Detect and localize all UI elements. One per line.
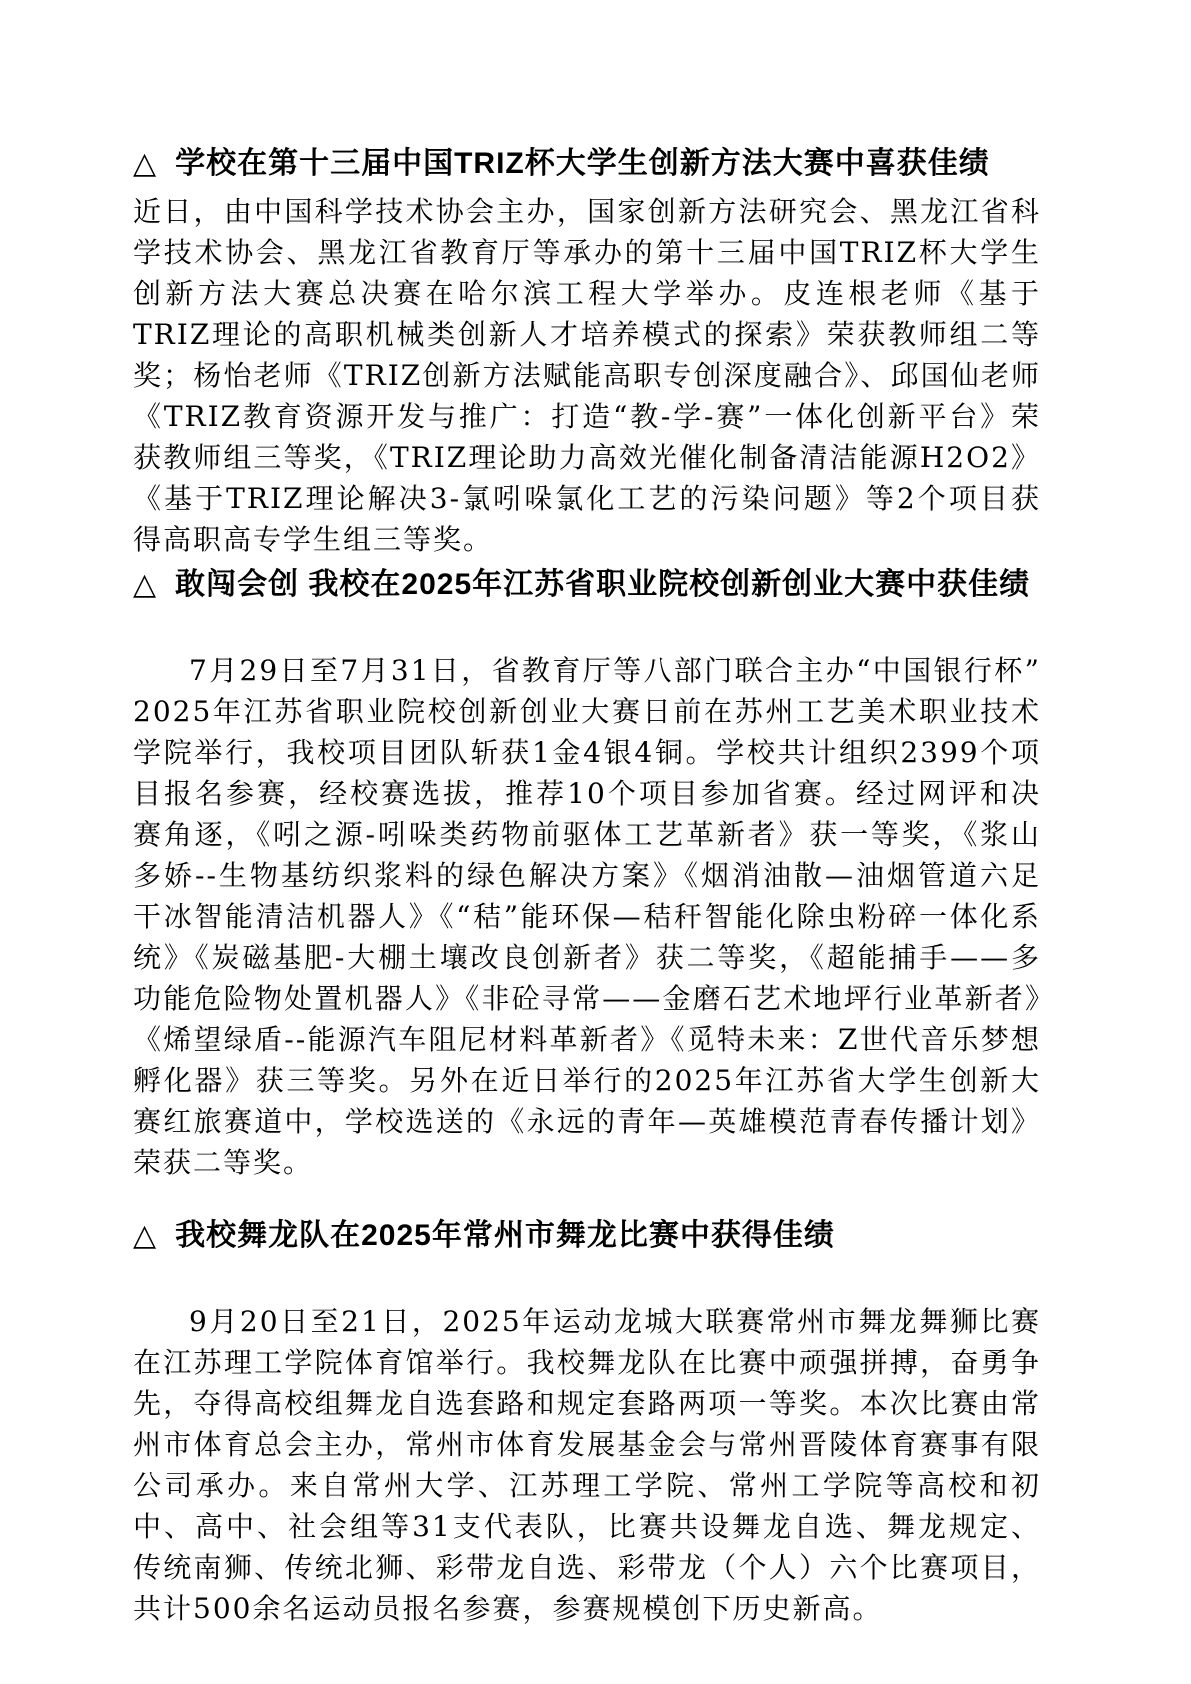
section-title: 敢闯会创 我校在2025年江苏省职业院校创新创业大赛中获佳绩: [175, 566, 1030, 604]
section-innovation-competition: △ 敢闯会创 我校在2025年江苏省职业院校创新创业大赛中获佳绩 7月29日至7…: [133, 566, 1041, 1183]
section-title: 我校舞龙队在2025年常州市舞龙比赛中获得佳绩: [175, 1217, 835, 1255]
document-page: △ 学校在第十三届中国TRIZ杯大学生创新方法大赛中喜获佳绩 近日，由中国科学技…: [0, 0, 1191, 1684]
triangle-bullet-icon: △: [133, 1217, 157, 1255]
section-body-paragraph: 9月20日至21日，2025年运动龙城大联赛常州市舞龙舞狮比赛在江苏理工学院体育…: [133, 1301, 1041, 1629]
section-heading: △ 学校在第十三届中国TRIZ杯大学生创新方法大赛中喜获佳绩: [133, 145, 1041, 183]
section-heading: △ 敢闯会创 我校在2025年江苏省职业院校创新创业大赛中获佳绩: [133, 566, 1041, 604]
triangle-bullet-icon: △: [133, 145, 157, 183]
section-title: 学校在第十三届中国TRIZ杯大学生创新方法大赛中喜获佳绩: [175, 145, 990, 183]
section-triz-award: △ 学校在第十三届中国TRIZ杯大学生创新方法大赛中喜获佳绩 近日，由中国科学技…: [133, 145, 1041, 560]
triangle-bullet-icon: △: [133, 566, 157, 604]
section-heading: △ 我校舞龙队在2025年常州市舞龙比赛中获得佳绩: [133, 1217, 1041, 1255]
section-body-paragraph: 近日，由中国科学技术协会主办，国家创新方法研究会、黑龙江省科学技术协会、黑龙江省…: [133, 191, 1041, 560]
section-dragon-dance: △ 我校舞龙队在2025年常州市舞龙比赛中获得佳绩 9月20日至21日，2025…: [133, 1217, 1041, 1629]
section-body-paragraph: 7月29日至7月31日，省教育厅等八部门联合主办“中国银行杯”2025年江苏省职…: [133, 650, 1041, 1183]
